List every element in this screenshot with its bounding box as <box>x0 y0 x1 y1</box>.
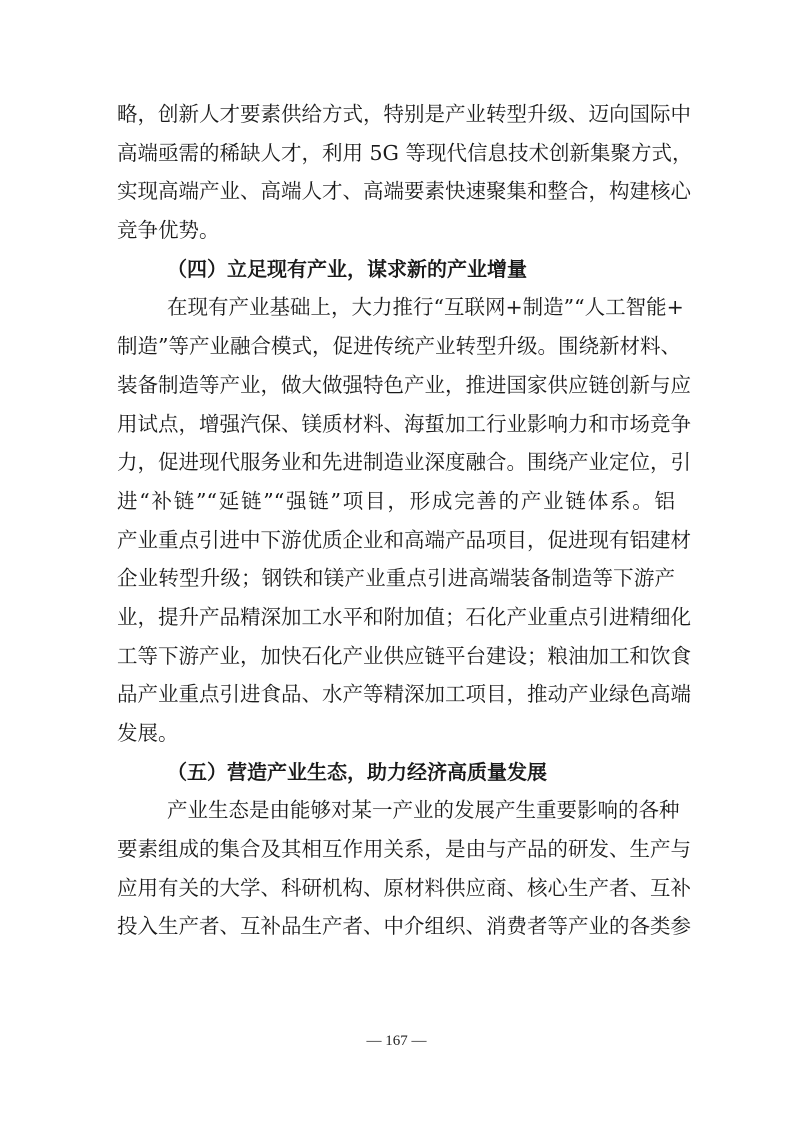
text-line: 投入生产者、互补品生产者、中介组织、消费者等产业的各类参 <box>117 907 675 946</box>
section-heading: （四）立足现有产业，谋求新的产业增量 <box>117 250 675 289</box>
text-line: 产业生态是由能够对某一产业的发展产生重要影响的各种 <box>117 791 675 830</box>
text-line: 略，创新人才要素供给方式，特别是产业转型升级、迈向国际中 <box>117 95 675 134</box>
section-4: （四）立足现有产业，谋求新的产业增量 在现有产业基础上，大力推行“互联网+制造”… <box>117 250 675 753</box>
text-line: 应用有关的大学、科研机构、原材料供应商、核心生产者、互补 <box>117 869 675 908</box>
text-line: 要素组成的集合及其相互作用关系，是由与产品的研发、生产与 <box>117 830 675 869</box>
text-line: 实现高端产业、高端人才、高端要素快速聚集和整合，构建核心 <box>117 172 675 211</box>
document-page: 略，创新人才要素供给方式，特别是产业转型升级、迈向国际中 高端亟需的稀缺人才，利… <box>117 95 675 946</box>
text-line: 高端亟需的稀缺人才，利用 5G 等现代信息技术创新集聚方式， <box>117 134 675 173</box>
text-line: 在现有产业基础上，大力推行“互联网+制造”“人工智能+ <box>117 288 675 327</box>
text-line: 业，提升产品精深加工水平和附加值；石化产业重点引进精细化 <box>117 598 675 637</box>
section-heading: （五）营造产业生态，助力经济高质量发展 <box>117 753 675 792</box>
text-line: 发展。 <box>117 714 675 753</box>
text-line: 力，促进现代服务业和先进制造业深度融合。围绕产业定位，引 <box>117 443 675 482</box>
text-line: 工等下游产业，加快石化产业供应链平台建设；粮油加工和饮食 <box>117 637 675 676</box>
text-line: 竞争优势。 <box>117 211 675 250</box>
text-line: 用试点，增强汽保、镁质材料、海蜇加工行业影响力和市场竞争 <box>117 405 675 444</box>
text-line: 产业重点引进中下游优质企业和高端产品项目，促进现有铝建材 <box>117 521 675 560</box>
text-line: 制造”等产业融合模式，促进传统产业转型升级。围绕新材料、 <box>117 327 675 366</box>
intro-paragraph: 略，创新人才要素供给方式，特别是产业转型升级、迈向国际中 高端亟需的稀缺人才，利… <box>117 95 675 250</box>
text-line: 装备制造等产业，做大做强特色产业，推进国家供应链创新与应 <box>117 366 675 405</box>
page-number: — 167 — <box>0 1033 793 1050</box>
text-line: 品产业重点引进食品、水产等精深加工项目，推动产业绿色高端 <box>117 675 675 714</box>
text-line: 企业转型升级；钢铁和镁产业重点引进高端装备制造等下游产 <box>117 559 675 598</box>
section-5: （五）营造产业生态，助力经济高质量发展 产业生态是由能够对某一产业的发展产生重要… <box>117 753 675 946</box>
text-line: 进“补链”“延链”“强链”项目，形成完善的产业链体系。铝 <box>117 482 675 521</box>
